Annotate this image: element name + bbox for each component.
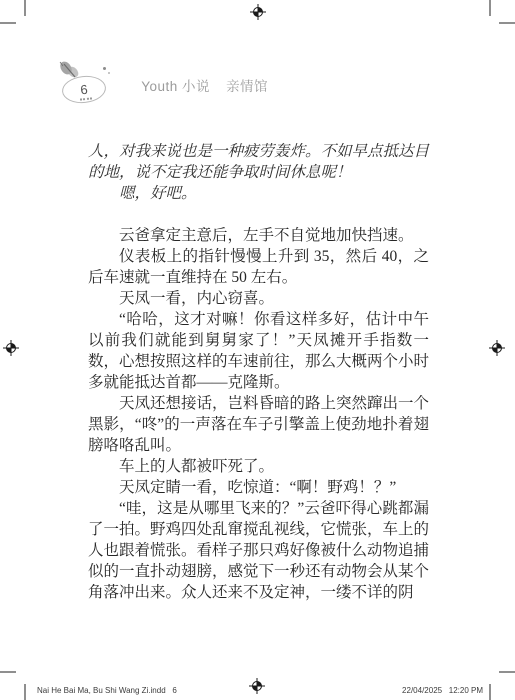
paragraph: 天凤定睛一看，吃惊道：“啊！野鸡！？” [88, 477, 429, 498]
paragraph: 天凤还想接话，岂料昏暗的路上突然蹿出一个黑影，“咚”的一声落在车子引擎盖上使劲地… [88, 393, 429, 456]
footer-filename: Nai He Bai Ma, Bu Shi Wang Zi.indd 6 [37, 686, 177, 695]
page-header: 6 Youth 小说亲情馆 [56, 62, 268, 108]
sparkle-dot-icon [103, 67, 106, 70]
paragraph: 人，对我来说也是一种疲劳轰炸。不如早点抵达目的地，说不定我还能争取时间休息呢！ [88, 141, 429, 183]
category-title: 亲情馆 [226, 79, 268, 94]
footer-timestamp: 22/04/2025 12:20 PM [402, 686, 483, 695]
paragraph: 车上的人都被吓死了。 [88, 456, 429, 477]
page-number-badge: 6 [56, 62, 108, 108]
paragraph: 嗯，好吧。 [88, 183, 429, 204]
crop-mark-top-left-v [24, 0, 26, 16]
crop-mark-top-left-h [0, 22, 16, 24]
crop-mark-top-right-v [489, 0, 491, 16]
registration-mark-bottom-icon [249, 678, 265, 694]
body-text: 人，对我来说也是一种疲劳轰炸。不如早点抵达目的地，说不定我还能争取时间休息呢！嗯… [88, 141, 429, 603]
crop-mark-bottom-left-h [0, 671, 16, 673]
sparkle-dot-small-icon [108, 72, 110, 74]
registration-mark-left-icon [3, 340, 19, 356]
paragraph: “哇，这是从哪里飞来的？”云爸吓得心跳都漏了一拍。野鸡四处乱窜搅乱视线，它慌张，… [88, 498, 429, 603]
paragraph: 天凤一看，内心窃喜。 [88, 288, 429, 309]
page-number: 6 [80, 82, 89, 98]
crop-mark-top-right-h [499, 22, 515, 24]
crop-mark-bottom-left-v [24, 684, 26, 700]
crop-mark-bottom-right-v [489, 684, 491, 700]
paragraph: 云爸拿定主意后，左手不自觉地加快挡速。 [88, 225, 429, 246]
crop-mark-bottom-right-h [499, 671, 515, 673]
book-page: 6 Youth 小说亲情馆 人，对我来说也是一种疲劳轰炸。不如早点抵达目的地，说… [0, 0, 515, 700]
series-title: Youth 小说 [141, 79, 210, 94]
paragraph: 仪表板上的指针慢慢上升到 35，然后 40，之后车速就一直维持在 50 左右。 [88, 246, 429, 288]
paragraph: “哈哈，这才对嘛！你看这样多好，估计中午以前我们就能到舅舅家了！”天凤摊开手指数… [88, 309, 429, 393]
running-head: Youth 小说亲情馆 [116, 60, 268, 110]
registration-mark-top-icon [250, 4, 266, 20]
registration-mark-right-icon [489, 340, 505, 356]
